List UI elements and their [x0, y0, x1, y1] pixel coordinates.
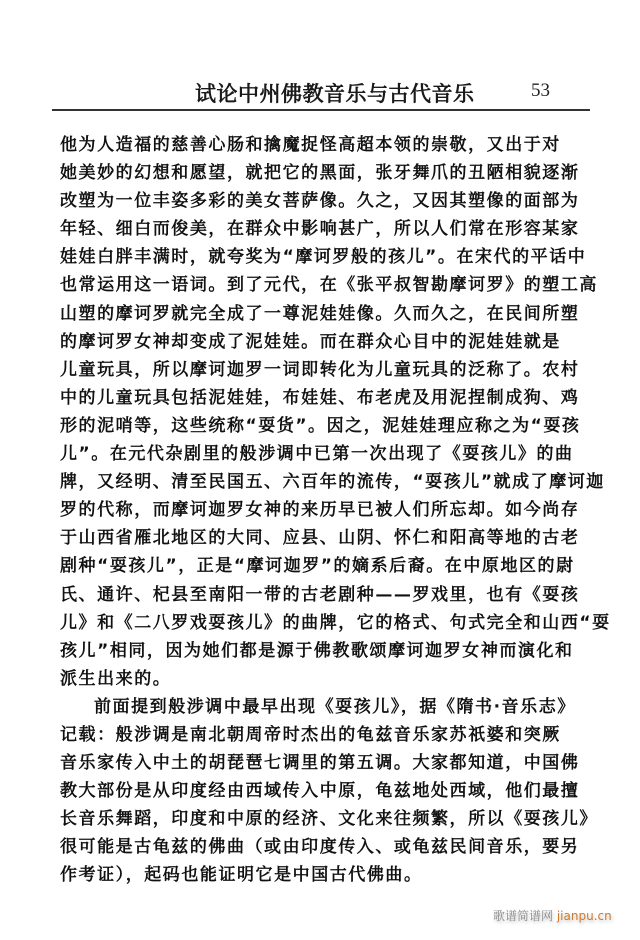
- text-line: 她美妙的幻想和愿望，就把它的黑面，张牙舞爪的丑陋相貌逐渐: [60, 159, 610, 187]
- text-line: 改塑为一位丰姿多彩的美女菩萨像。久之，又因其塑像的面部为: [60, 187, 610, 215]
- text-line: 儿》和《二八罗戏耍孩儿》的曲牌，它的格式、句式完全和山西“耍: [60, 609, 610, 637]
- text-line: 氏、通许、杞县至南阳一带的古老剧种——罗戏里，也有《耍孩: [60, 581, 610, 609]
- watermark-site-name: 歌谱简谱网: [493, 909, 553, 923]
- text-line: 中的儿童玩具包括泥娃娃，布娃娃、布老虎及用泥捏制成狗、鸡: [60, 384, 610, 412]
- text-line: 山塑的摩诃罗就完全成了一尊泥娃娃像。久而久之，在民间所塑: [60, 300, 610, 328]
- text-line: 他为人造福的慈善心肠和擒魔捉怪高超本领的崇敬，又出于对: [60, 131, 610, 159]
- text-line: 很可能是古龟兹的佛曲（或由印度传入、或龟兹民间音乐，要另: [60, 833, 610, 861]
- text-line: 派生出来的。: [60, 665, 610, 693]
- text-line: 作考证），起码也能证明它是中国古代佛曲。: [60, 861, 610, 889]
- paragraph-start-line: 前面提到般涉调中最早出现《耍孩儿》，据《隋书·音乐志》: [60, 693, 610, 721]
- text-line: 罗的代称，而摩诃迦罗女神的来历早已被人们所忘却。如今尚存: [60, 496, 610, 524]
- text-line: 也常运用这一语词。到了元代，在《张平叔智勘摩诃罗》的塑工高: [60, 271, 610, 299]
- text-line: 的摩诃罗女神却变成了泥娃娃。而在群众心目中的泥娃娃就是: [60, 328, 610, 356]
- text-line: 剧种“耍孩儿”，正是“摩诃迦罗”的嫡系后裔。在中原地区的尉: [60, 552, 610, 580]
- text-line: 长音乐舞蹈，印度和中原的经济、文化来往频繁，所以《耍孩儿》: [60, 805, 610, 833]
- text-line: 音乐家传入中土的胡琵琶七调里的第五调。大家都知道，中国佛: [60, 749, 610, 777]
- text-line: 儿”。在元代杂剧里的般涉调中已第一次出现了《耍孩儿》的曲: [60, 440, 610, 468]
- text-line: 儿童玩具，所以摩诃迦罗一词即转化为儿童玩具的泛称了。农村: [60, 356, 610, 384]
- watermark-domain: jianpu.cn: [557, 909, 612, 923]
- text-line: 记载：般涉调是南北朝周帝时杰出的龟兹音乐家苏祇婆和突厥: [60, 721, 610, 749]
- text-line: 于山西省雁北地区的大同、应县、山阴、怀仁和阳高等地的古老: [60, 524, 610, 552]
- header-rule: [52, 109, 590, 111]
- body-text: 他为人造福的慈善心肠和擒魔捉怪高超本领的崇敬，又出于对 她美妙的幻想和愿望，就把…: [60, 131, 610, 890]
- page-header: 试论中州佛教音乐与古代音乐 53: [50, 76, 610, 112]
- text-line: 教大部份是从印度经由西域传入中原，龟兹地处西域，他们最擅: [60, 777, 610, 805]
- text-line: 形的泥哨等，这些统称“耍货”。因之，泥娃娃理应称之为“耍孩: [60, 412, 610, 440]
- watermark: 歌谱简谱网 jianpu.cn: [493, 907, 612, 924]
- running-title: 试论中州佛教音乐与古代音乐: [195, 78, 475, 108]
- text-line: 娃娃白胖丰满时，就夸奖为“摩诃罗般的孩儿”。在宋代的平话中: [60, 243, 610, 271]
- page-number: 53: [531, 80, 550, 102]
- text-line: 牌，又经明、清至民国五、六百年的流传，“耍孩儿”就成了摩诃迦: [60, 468, 610, 496]
- text-line: 孩儿”相同，因为她们都是源于佛教歌颂摩诃迦罗女神而演化和: [60, 637, 610, 665]
- text-line: 年轻、细白而俊美，在群众中影响甚广，所以人们常在形容某家: [60, 215, 610, 243]
